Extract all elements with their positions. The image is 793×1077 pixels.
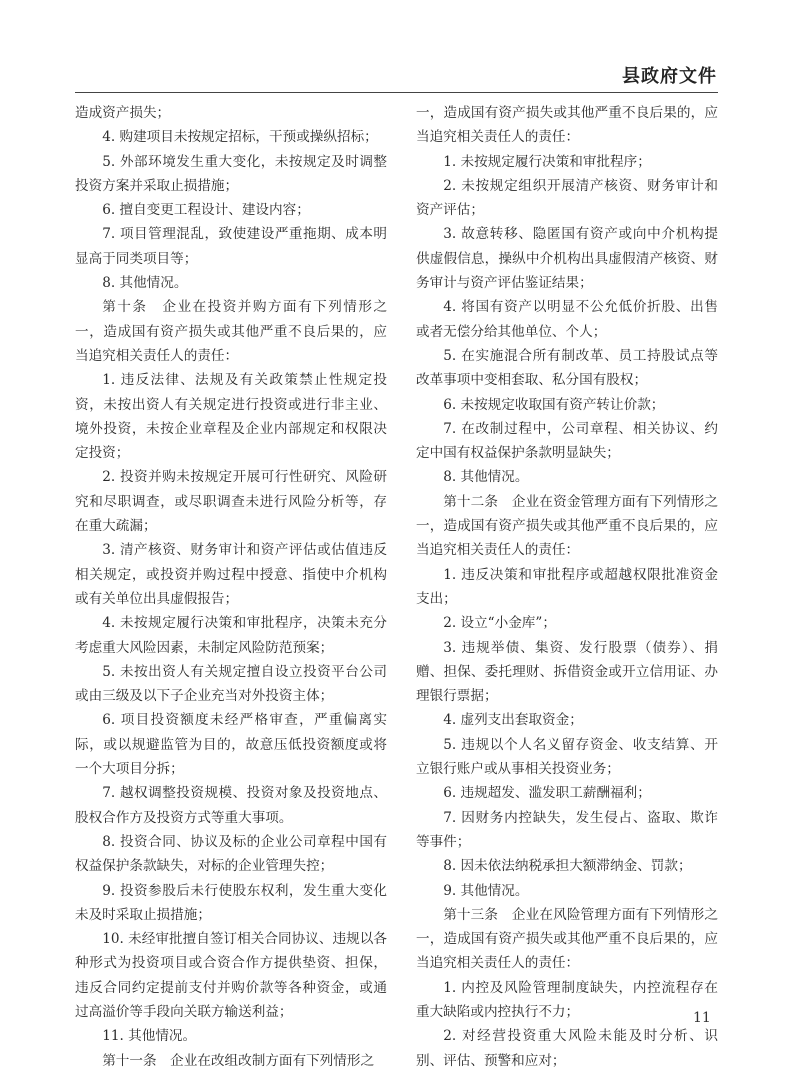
- paragraph: 第十二条 企业在资金管理方面有下列情形之一，造成国有资产损失或其他严重不良后果的…: [416, 490, 718, 563]
- right-text-column: 一，造成国有资产损失或其他严重不良后果的，应当追究相关责任人的责任：1. 未按规…: [416, 101, 718, 1073]
- running-header-title: 县政府文件: [622, 62, 717, 88]
- paragraph: 8. 其他情况。: [75, 271, 387, 295]
- header-divider: [75, 92, 718, 93]
- paragraph: 5. 违规以个人名义留存资金、收支结算、开立银行账户或从事相关投资业务；: [416, 733, 718, 782]
- paragraph: 1. 未按规定履行决策和审批程序；: [416, 150, 718, 174]
- paragraph: 4. 将国有资产以明显不公允低价折股、出售或者无偿分给其他单位、个人；: [416, 295, 718, 344]
- paragraph: 5. 外部环境发生重大变化，未按规定及时调整投资方案并采取止损措施；: [75, 150, 387, 199]
- paragraph: 7. 在改制过程中，公司章程、相关协议、约定中国有权益保护条款明显缺失；: [416, 417, 718, 466]
- paragraph: 7. 项目管理混乱，致使建设严重拖期、成本明显高于同类项目等；: [75, 222, 387, 271]
- paragraph: 5. 在实施混合所有制改革、员工持股试点等改革事项中变相套取、私分国有股权；: [416, 344, 718, 393]
- paragraph: 1. 内控及风险管理制度缺失，内控流程存在重大缺陷或内控执行不力；: [416, 976, 718, 1025]
- paragraph: 7. 因财务内控缺失，发生侵占、盗取、欺诈等事件；: [416, 806, 718, 855]
- paragraph: 9. 其他情况。: [416, 879, 718, 903]
- paragraph: 5. 未按出资人有关规定擅自设立投资平台公司或由三级及以下子企业充当对外投资主体…: [75, 660, 387, 709]
- paragraph: 一，造成国有资产损失或其他严重不良后果的，应当追究相关责任人的责任：: [416, 101, 718, 150]
- paragraph: 8. 其他情况。: [416, 465, 718, 489]
- paragraph: 2. 对经营投资重大风险未能及时分析、识别、评估、预警和应对；: [416, 1024, 718, 1073]
- paragraph: 第十一条 企业在改组改制方面有下列情形之: [75, 1049, 387, 1073]
- paragraph: 7. 越权调整投资规模、投资对象及投资地点、股权合作方及投资方式等重大事项。: [75, 781, 387, 830]
- paragraph: 2. 设立“小金库”；: [416, 611, 718, 635]
- paragraph: 6. 未按规定收取国有资产转让价款；: [416, 393, 718, 417]
- paragraph: 11. 其他情况。: [75, 1024, 387, 1048]
- paragraph: 第十三条 企业在风险管理方面有下列情形之一，造成国有资产损失或其他严重不良后果的…: [416, 903, 718, 976]
- page-number: 11: [693, 1010, 711, 1026]
- paragraph: 4. 虚列支出套取资金；: [416, 708, 718, 732]
- paragraph: 造成资产损失；: [75, 101, 387, 125]
- paragraph: 1. 违反决策和审批程序或超越权限批准资金支出；: [416, 563, 718, 612]
- paragraph: 8. 投资合同、协议及标的企业公司章程中国有权益保护条款缺失，对标的企业管理失控…: [75, 830, 387, 879]
- paragraph: 6. 违规超发、滥发职工薪酬福利；: [416, 781, 718, 805]
- paragraph: 3. 违规举债、集资、发行股票（债券）、捐赠、担保、委托理财、拆借资金或开立信用…: [416, 636, 718, 709]
- paragraph: 6. 擅自变更工程设计、建设内容；: [75, 198, 387, 222]
- left-text-column: 造成资产损失；4. 购建项目未按规定招标，干预或操纵招标；5. 外部环境发生重大…: [75, 101, 387, 1073]
- paragraph: 1. 违反法律、法规及有关政策禁止性规定投资，未按出资人有关规定进行投资或进行非…: [75, 368, 387, 465]
- paragraph: 9. 投资参股后未行使股东权利，发生重大变化未及时采取止损措施；: [75, 879, 387, 928]
- paragraph: 3. 故意转移、隐匿国有资产或向中介机构提供虚假信息，操纵中介机构出具虚假清产核…: [416, 222, 718, 295]
- paragraph: 第十条 企业在投资并购方面有下列情形之一，造成国有资产损失或其他严重不良后果的，…: [75, 295, 387, 368]
- paragraph: 4. 购建项目未按规定招标，干预或操纵招标；: [75, 125, 387, 149]
- paragraph: 2. 投资并购未按规定开展可行性研究、风险研究和尽职调查，或尽职调查未进行风险分…: [75, 465, 387, 538]
- paragraph: 4. 未按规定履行决策和审批程序，决策未充分考虑重大风险因素，未制定风险防范预案…: [75, 611, 387, 660]
- paragraph: 6. 项目投资额度未经严格审查，严重偏离实际，或以规避监管为目的，故意压低投资额…: [75, 708, 387, 781]
- paragraph: 10. 未经审批擅自签订相关合同协议、违规以各种形式为投资项目或合资合作方提供垫…: [75, 927, 387, 1024]
- paragraph: 3. 清产核资、财务审计和资产评估或估值违反相关规定，或投资并购过程中授意、指使…: [75, 538, 387, 611]
- paragraph: 8. 因未依法纳税承担大额滞纳金、罚款；: [416, 854, 718, 878]
- paragraph: 2. 未按规定组织开展清产核资、财务审计和资产评估；: [416, 174, 718, 223]
